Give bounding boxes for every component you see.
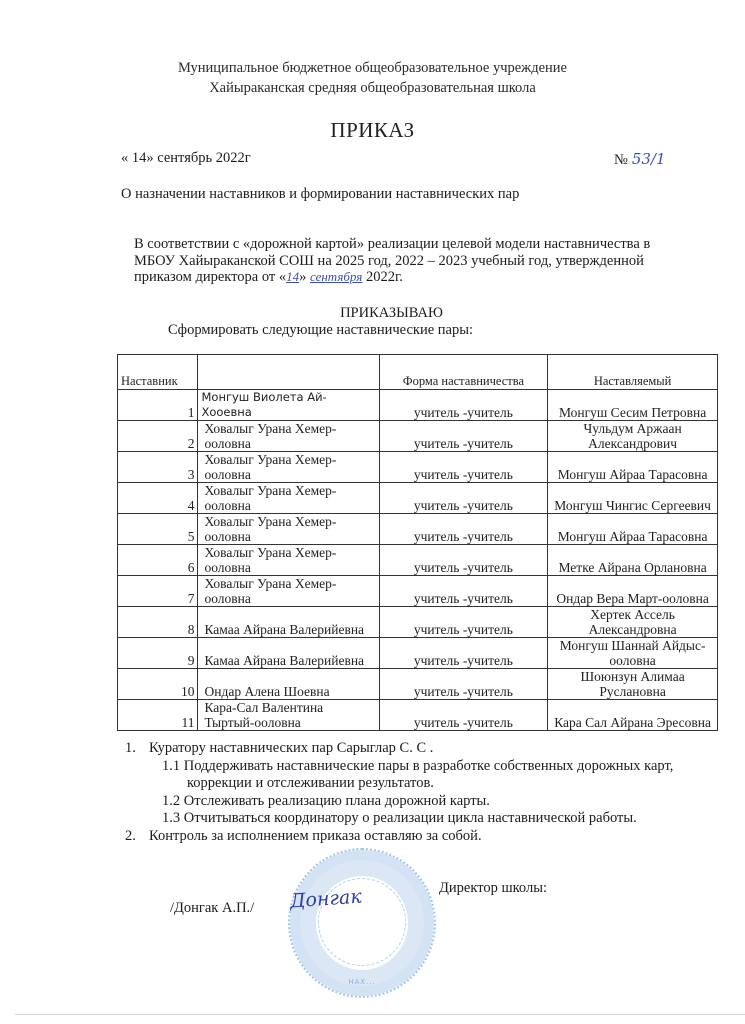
mentor-name: Ховалыг Урана Хемер-ооловна (198, 452, 379, 483)
organization-name: Муниципальное бюджетное общеобразователь… (0, 58, 745, 98)
table-row: 8Камаа Айрана Валерийевнаучитель -учител… (118, 607, 718, 638)
director-position: Директор школы: (439, 880, 547, 897)
mentoring-form: учитель -учитель (379, 483, 548, 514)
row-number: 10 (118, 669, 198, 700)
mentee-name: Хертек Ассель Александровна (548, 607, 718, 638)
header-form: Форма наставничества (379, 355, 548, 390)
table-row: 11Кара-Сал Валентина Тыртый-ооловнаучите… (118, 700, 718, 731)
mentee-name: Кара Сал Айрана Эресовна (548, 700, 718, 731)
mentoring-form: учитель -учитель (379, 576, 548, 607)
mentee-name: Шоюнзун Алимаа Руслановна (548, 669, 718, 700)
order-date: « 14» сентябрь 2022г (121, 150, 251, 167)
basis-line-2: МБОУ Хайыраканской СОШ на 2025 год, 2022… (134, 253, 694, 270)
mentee-name: Метке Айрана Орлановна (548, 545, 718, 576)
row-number: 4 (118, 483, 198, 514)
table-row: 7Ховалыг Урана Хемер-ооловнаучитель -учи… (118, 576, 718, 607)
number-sign: № (614, 152, 628, 168)
mentee-name: Монгуш Айраа Тарасовна (548, 452, 718, 483)
mentor-name: Кара-Сал Валентина Тыртый-ооловна (198, 700, 379, 731)
instruction-1-1-cont: коррекции и отслеживании результатов. (125, 775, 673, 793)
org-line-2: Хайыраканская средняя общеобразовательна… (0, 78, 745, 98)
mentoring-form: учитель -учитель (379, 638, 548, 669)
table-row: 6Ховалыг Урана Хемер-ооловнаучитель -учи… (118, 545, 718, 576)
document-title: ПРИКАЗ (0, 118, 745, 143)
header-mentor: Наставник (118, 355, 198, 390)
row-number: 7 (118, 576, 198, 607)
table-row: 4Ховалыг Урана Хемер-ооловнаучитель -учи… (118, 483, 718, 514)
official-stamp: НАХ... (288, 848, 436, 998)
instruction-1-1: 1.1 Поддерживать наставнические пары в р… (125, 758, 673, 776)
row-number: 6 (118, 545, 198, 576)
mentoring-pairs-table: Наставник Форма наставничества Наставляе… (117, 354, 718, 731)
row-number: 9 (118, 638, 198, 669)
mentoring-form: учитель -учитель (379, 452, 548, 483)
instruction-2: 2.Контроль за исполнением приказа оставл… (125, 828, 673, 846)
row-number: 11 (118, 700, 198, 731)
mentee-name: Ондар Вера Март-ооловна (548, 576, 718, 607)
page-bottom-rule (15, 1014, 745, 1015)
table-row: 3Ховалыг Урана Хемер-ооловнаучитель -учи… (118, 452, 718, 483)
handwritten-month: сентября (310, 269, 362, 284)
mentor-name: Ондар Алена Шоевна (198, 669, 379, 700)
mentee-name: Монгуш Чингис Сергеевич (548, 483, 718, 514)
mentee-name: Монгуш Айраа Тарасовна (548, 514, 718, 545)
instruction-1-2: 1.2 Отслеживать реализацию плана дорожно… (125, 793, 673, 811)
director-name: /Донгак А.П./ (170, 900, 254, 917)
row-number: 8 (118, 607, 198, 638)
mentoring-form: учитель -учитель (379, 607, 548, 638)
mentor-name: Ховалыг Урана Хемер-ооловна (198, 421, 379, 452)
table-row: 2Ховалыг Урана Хемер-ооловнаучитель -учи… (118, 421, 718, 452)
mentor-name: Монгуш Виолета Ай-Хооевна (198, 390, 379, 421)
instructions-list: 1.Куратору наставнических пар Сарыглар С… (125, 740, 673, 845)
mentoring-form: учитель -учитель (379, 669, 548, 700)
table-header-row: Наставник Форма наставничества Наставляе… (118, 355, 718, 390)
mentor-name: Камаа Айрана Валерийевна (198, 638, 379, 669)
order-heading: ПРИКАЗЫВАЮ (0, 305, 745, 322)
mentee-name: Чульдум Аржаан Александрович (548, 421, 718, 452)
stamp-text: НАХ... (290, 978, 434, 986)
table-row: 10Ондар Алена Шоевнаучитель -учительШоюн… (118, 669, 718, 700)
order-number: №53/1 (614, 150, 666, 169)
mentoring-form: учитель -учитель (379, 390, 548, 421)
order-subject: О назначении наставников и формировании … (121, 186, 519, 203)
row-number: 5 (118, 514, 198, 545)
mentoring-form: учитель -учитель (379, 514, 548, 545)
row-number: 1 (118, 390, 198, 421)
mentor-name: Ховалыг Урана Хемер-ооловна (198, 576, 379, 607)
mentee-name: Монгуш Шаннай Айдыс-ооловна (548, 638, 718, 669)
basis-line-3: приказом директора от «14» сентября 2022… (134, 269, 694, 286)
instruction-1-3: 1.3 Отчитываться координатору о реализац… (125, 810, 673, 828)
org-line-1: Муниципальное бюджетное общеобразователь… (0, 58, 745, 78)
table-row: 1Монгуш Виолета Ай-Хооевнаучитель -учите… (118, 390, 718, 421)
handwritten-number: 53/1 (632, 150, 666, 168)
table-row: 5Ховалыг Урана Хемер-ооловнаучитель -учи… (118, 514, 718, 545)
mentor-name: Ховалыг Урана Хемер-ооловна (198, 545, 379, 576)
mentoring-form: учитель -учитель (379, 545, 548, 576)
basis-line-1: В соответствии с «дорожной картой» реали… (134, 236, 694, 253)
mentor-name: Камаа Айрана Валерийевна (198, 607, 379, 638)
mentor-name: Ховалыг Урана Хемер-ооловна (198, 483, 379, 514)
row-number: 2 (118, 421, 198, 452)
mentoring-form: учитель -учитель (379, 421, 548, 452)
instruction-1: 1.Куратору наставнических пар Сарыглар С… (125, 740, 673, 758)
row-number: 3 (118, 452, 198, 483)
order-basis: В соответствии с «дорожной картой» реали… (134, 236, 694, 286)
mentor-name: Ховалыг Урана Хемер-ооловна (198, 514, 379, 545)
header-mentee: Наставляемый (548, 355, 718, 390)
mentee-name: Монгуш Сесим Петровна (548, 390, 718, 421)
order-subheading: Сформировать следующие наставнические па… (168, 322, 473, 339)
mentoring-form: учитель -учитель (379, 700, 548, 731)
header-blank (198, 355, 379, 390)
handwritten-day: 14 (286, 269, 299, 284)
table-row: 9Камаа Айрана Валерийевнаучитель -учител… (118, 638, 718, 669)
